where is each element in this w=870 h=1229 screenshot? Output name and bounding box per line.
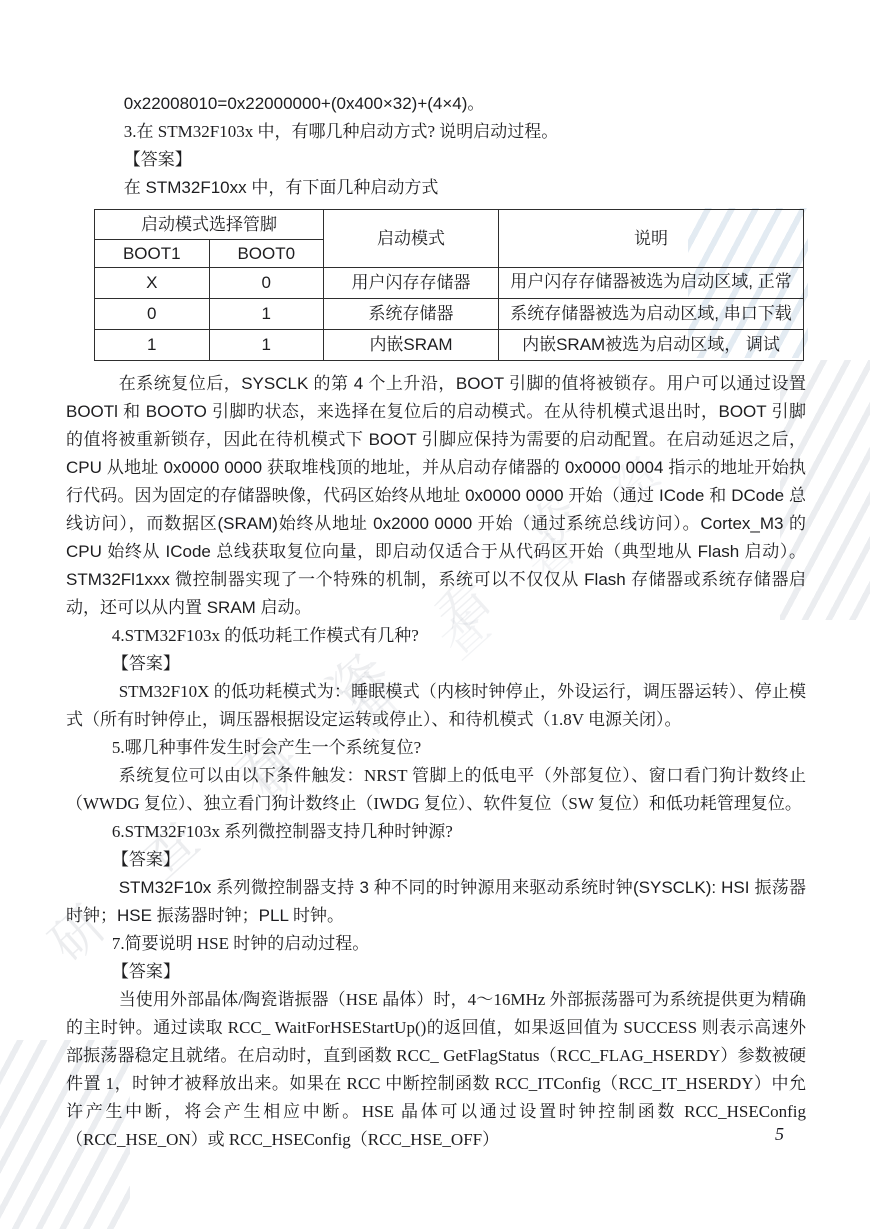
cell-boot-mode: 内嵌SRAM	[324, 330, 499, 361]
description-line: 用户闪存存储器被选为启动区域, 正常	[502, 268, 800, 295]
cell-boot-mode: 系统存储器	[324, 299, 499, 330]
table-row-sram: 1 1 内嵌SRAM 内嵌SRAM被选为启动区域， 调试	[95, 330, 804, 361]
cell-boot1: 1	[95, 330, 210, 361]
answer-5-paragraph: 系统复位可以由以下条件触发：NRST 管脚上的低电平（外部复位）、窗口看门狗计数…	[66, 762, 806, 818]
cell-boot-mode: 用户闪存存储器	[324, 268, 499, 299]
answer-4-paragraph: STM32F10X 的低功耗模式为：睡眠模式（内核时钟停止，外设运行，调压器运转…	[66, 678, 806, 734]
cell-boot1: X	[95, 268, 210, 299]
answer-6-paragraph: STM32F10x 系列微控制器支持 3 种不同的时钟源用来驱动系统时钟(SYS…	[66, 874, 806, 930]
page-number: 5	[775, 1124, 784, 1145]
document-page: { "page": { "number": "5" }, "watermark"…	[0, 0, 870, 1229]
question-4: 4.STM32F103x 的低功耗工作模式有几种?	[66, 622, 806, 650]
table-header-boot-mode: 启动模式	[324, 210, 499, 268]
table-row-system-memory: 0 1 系统存储器 系统存储器被选为启动区域, 串口下载	[95, 299, 804, 330]
formula-line: 0x22008010=0x22000000+(0x400×32)+(4×4)。	[66, 90, 806, 118]
cell-boot0: 0	[209, 268, 324, 299]
question-6: 6.STM32F103x 系列微控制器支持几种时钟源?	[66, 818, 806, 846]
cell-boot0: 1	[209, 330, 324, 361]
question-3: 3.在 STM32F103x 中，有哪几种启动方式? 说明启动过程。	[66, 118, 806, 146]
cell-boot0: 1	[209, 299, 324, 330]
answer-label-q7: 【答案】	[66, 958, 806, 986]
cell-boot1: 0	[95, 299, 210, 330]
answer-label-q6: 【答案】	[66, 846, 806, 874]
answer-label-q3: 【答案】	[66, 146, 806, 174]
table-row-flash: X 0 用户闪存存储器 用户闪存存储器被选为启动区域, 正常 启动	[95, 268, 804, 299]
cell-description: 内嵌SRAM被选为启动区域， 调试	[499, 330, 804, 361]
answer-3-paragraph: 在系统复位后，SYSCLK 的第 4 个上升沿，BOOT 引脚的值将被锁存。用户…	[66, 370, 806, 622]
table-header-boot0: BOOT0	[209, 240, 324, 268]
question-5: 5.哪几种事件发生时会产生一个系统复位?	[66, 734, 806, 762]
answer-label-q4: 【答案】	[66, 650, 806, 678]
table-header-description: 说明	[499, 210, 804, 268]
boot-mode-table: 启动模式选择管脚 启动模式 说明 BOOT1 BOOT0 X 0 用户闪存存储器…	[94, 209, 804, 361]
page-body: 0x22008010=0x22000000+(0x400×32)+(4×4)。 …	[0, 0, 870, 1229]
cell-description: 系统存储器被选为启动区域, 串口下载	[499, 299, 804, 330]
table-header-boot-pins: 启动模式选择管脚	[95, 210, 324, 240]
answer-7-paragraph: 当使用外部晶体/陶瓷谐振器（HSE 晶体）时，4～16MHz 外部振荡器可为系统…	[66, 986, 806, 1154]
table-header-boot1: BOOT1	[95, 240, 210, 268]
q3-intro-line: 在 STM32F10xx 中，有下面几种启动方式	[66, 174, 806, 202]
cell-description: 用户闪存存储器被选为启动区域, 正常 启动	[499, 268, 804, 299]
question-7: 7.简要说明 HSE 时钟的启动过程。	[66, 930, 806, 958]
